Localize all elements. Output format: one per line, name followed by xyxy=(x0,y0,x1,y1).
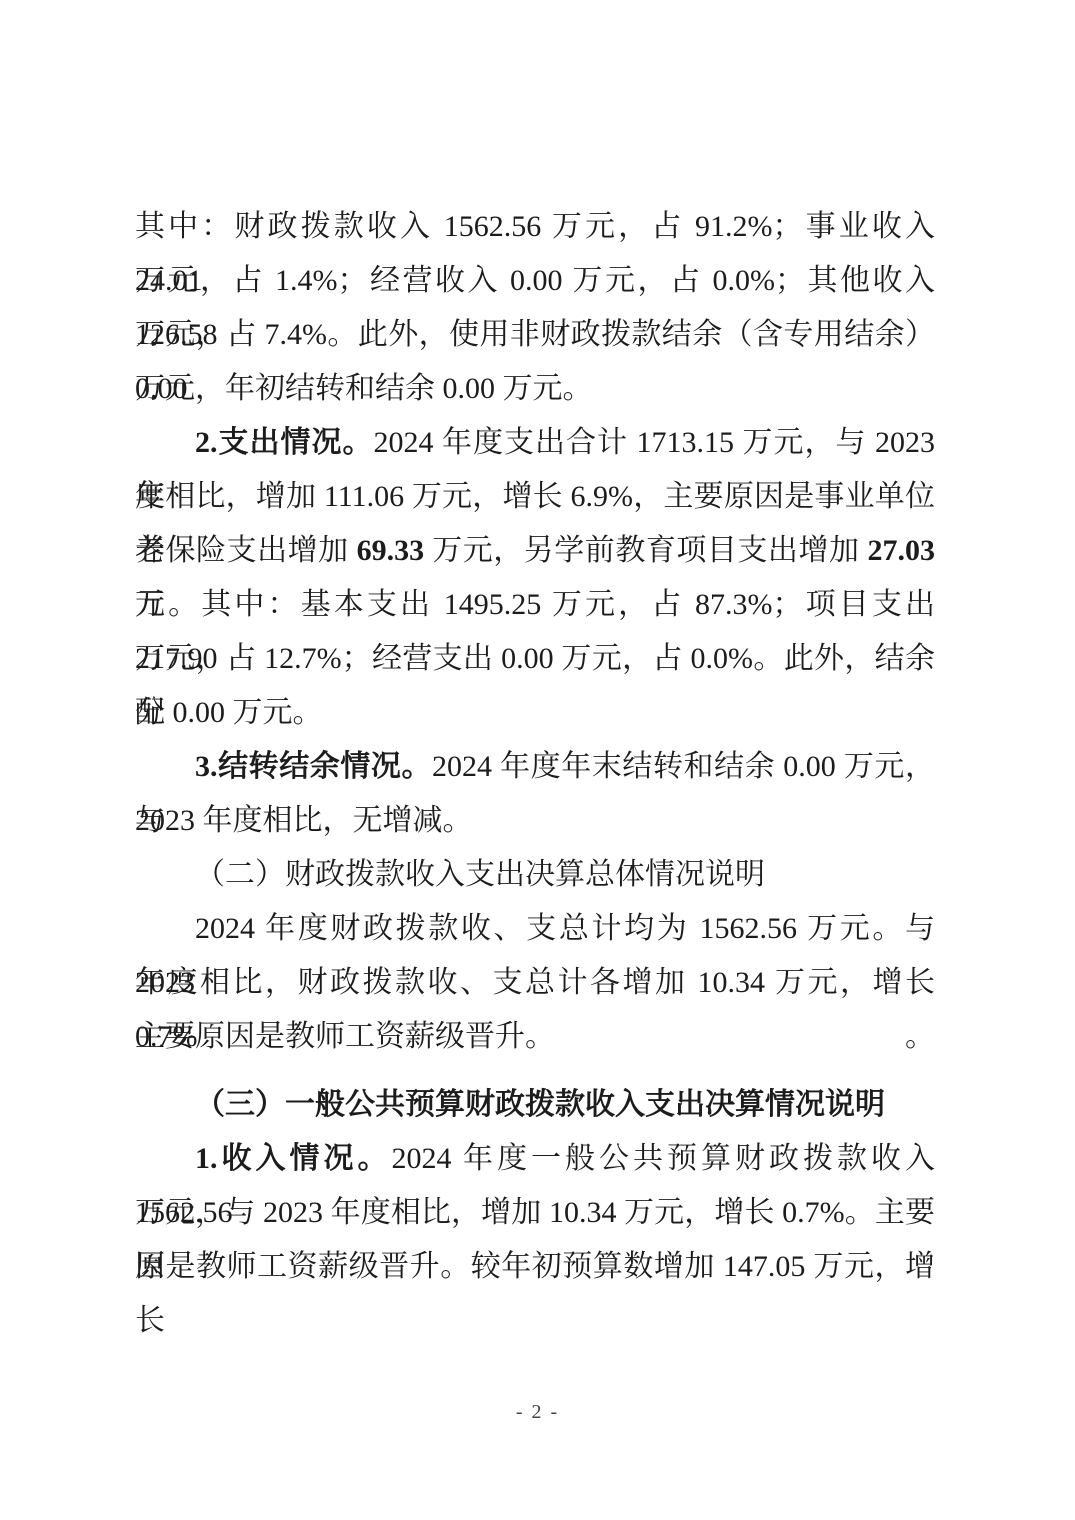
document-line: 其中：财政拨款收入 1562.56 万元，占 91.2%；事业收入 24.01 xyxy=(135,200,935,254)
document-line: 2.支出情况。2024 年度支出合计 1713.15 万元，与 2023 年 xyxy=(135,416,935,470)
document-line: （二）财政拨款收入支出决算总体情况说明 xyxy=(135,848,935,902)
text-segment: 3.结转结余情况。 xyxy=(195,750,432,783)
text-segment: 因是教师工资薪级晋升。较年初预算数增加 147.05 万元，增长 xyxy=(135,1250,935,1337)
document-line: 万元，年初结转和结余 0.00 万元。 xyxy=(135,362,935,416)
document-line: 万元，与 2023 年度相比，增加 10.34 万元，增长 0.7%。主要原 xyxy=(135,1186,935,1240)
text-segment: 69.33 xyxy=(357,534,425,567)
text-segment: 万元，另学前教育项目支出增加 xyxy=(424,534,867,567)
text-segment: （二）财政拨款收入支出决算总体情况说明 xyxy=(195,858,765,891)
document-line: 3.结转结余情况。2024 年度年末结转和结余 0.00 万元，与 xyxy=(135,740,935,794)
document-page: 其中：财政拨款收入 1562.56 万元，占 91.2%；事业收入 24.01万… xyxy=(0,0,1075,1520)
document-content: 其中：财政拨款收入 1562.56 万元，占 91.2%；事业收入 24.01万… xyxy=(135,200,935,1294)
page-number: - 2 - xyxy=(0,1398,1075,1426)
text-segment: 老保险支出增加 xyxy=(135,534,357,567)
document-line: 因是教师工资薪级晋升。较年初预算数增加 147.05 万元，增长 xyxy=(135,1240,935,1294)
document-line: 度相比，增加 111.06 万元，增长 6.9%，主要原因是事业单位养 xyxy=(135,470,935,524)
document-line: （三）一般公共预算财政拨款收入支出决算情况说明 xyxy=(135,1078,935,1132)
document-line: 1.收入情况。2024 年度一般公共预算财政拨款收入 1562.56 xyxy=(135,1132,935,1186)
text-segment: 2.支出情况。 xyxy=(195,426,374,459)
document-line: 2024 年度财政拨款收、支总计均为 1562.56 万元。与 2023 xyxy=(135,902,935,956)
text-segment: 主要原因是教师工资薪级晋升。 xyxy=(135,1020,555,1053)
text-segment: 万元，年初结转和结余 0.00 万元。 xyxy=(135,372,593,405)
document-line: 万元，占 12.7%；经营支出 0.00 万元，占 0.0%。此外，结余分 xyxy=(135,632,935,686)
text-segment: 2023 年度相比，无增减。 xyxy=(135,804,473,837)
document-line: 万元，占 7.4%。此外，使用非财政拨款结余（含专用结余）0.00 xyxy=(135,308,935,362)
document-line: 元。其中：基本支出 1495.25 万元，占 87.3%；项目支出 217.90 xyxy=(135,578,935,632)
text-segment: （三）一般公共预算财政拨款收入支出决算情况说明 xyxy=(195,1088,885,1121)
document-line: 年度相比，财政拨款收、支总计各增加 10.34 万元，增长 0.7%。 xyxy=(135,956,935,1010)
text-segment: 1.收入情况。 xyxy=(195,1142,392,1175)
document-line: 老保险支出增加 69.33 万元，另学前教育项目支出增加 27.03 万 xyxy=(135,524,935,578)
text-segment: 27.03 xyxy=(868,534,936,567)
document-line: 万元，占 1.4%；经营收入 0.00 万元，占 0.0%；其他收入 126.5… xyxy=(135,254,935,308)
text-segment: 配 0.00 万元。 xyxy=(135,696,323,729)
document-line: 2023 年度相比，无增减。 xyxy=(135,794,935,848)
document-line: 配 0.00 万元。 xyxy=(135,686,935,740)
